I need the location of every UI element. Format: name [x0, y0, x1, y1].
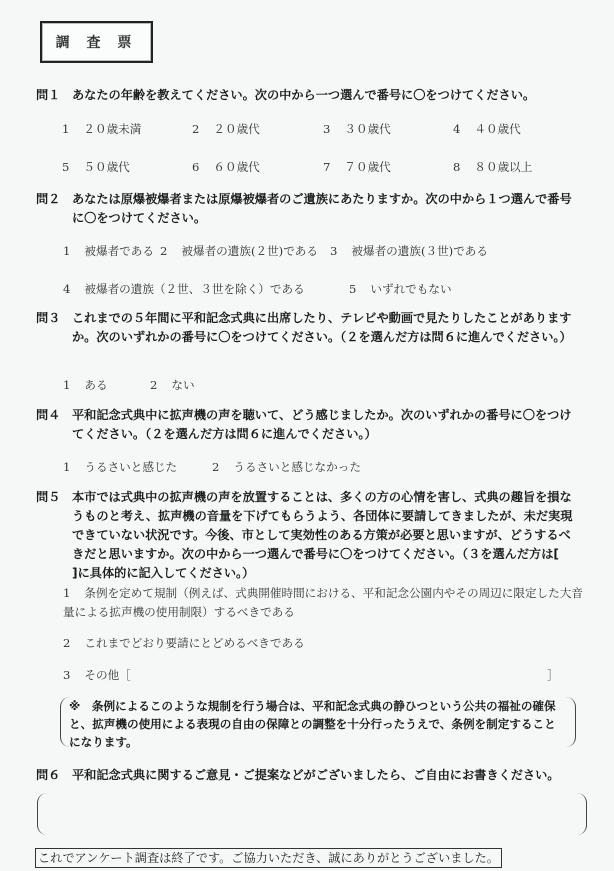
q5-other-close-bracket: ］	[547, 667, 559, 683]
question-2: 問２ あなたは原爆被爆者または原爆被爆者のご遺族にあたりますか。次の中から１つ選…	[36, 190, 576, 228]
question-number: 問４	[36, 406, 72, 444]
question-4: 問４ 平和記念式典中に拡声機の声を聴いて、どう感じましたか。次のいずれかの番号に…	[36, 406, 576, 444]
q1-option-2[interactable]: 2２０歳代	[192, 121, 260, 137]
closing-message: これでアンケート調査は終了です。ご協力いただき、誠にありがとうございました。	[35, 848, 502, 868]
question-text: 平和記念式典に関するご意見・ご提案などがございましたら、ご自由にお書きください。	[72, 766, 576, 785]
q3-option-1[interactable]: 1ある	[63, 377, 108, 393]
q4-option-2[interactable]: 2うるさいと感じなかった	[212, 459, 361, 475]
question-text: あなたは原爆被爆者または原爆被爆者のご遺族にあたりますか。次の中から１つ選んで番…	[72, 190, 576, 228]
question-1: 問１ あなたの年齢を教えてください。次の中から一つ選んで番号に〇をつけてください…	[36, 86, 576, 105]
question-number: 問６	[36, 766, 72, 785]
q2-option-5[interactable]: 5いずれでもない	[349, 281, 452, 297]
q2-option-4[interactable]: 4被爆者の遺族（２世、３世を除く）である	[63, 281, 305, 297]
question-number: 問２	[36, 190, 72, 228]
question-text: 平和記念式典中に拡声機の声を聴いて、どう感じましたか。次のいずれかの番号に〇をつ…	[72, 406, 576, 444]
note-text: ※ 条例によるこのような規制を行う場合は、平和記念式典の静ひつという公共の福祉の…	[69, 699, 556, 749]
q6-free-answer-field[interactable]	[37, 793, 587, 835]
question-number: 問１	[36, 86, 72, 105]
q1-option-8[interactable]: 8８０歳以上	[453, 159, 532, 175]
question-6: 問６ 平和記念式典に関するご意見・ご提案などがございましたら、ご自由にお書きくだ…	[36, 766, 576, 785]
q2-option-1[interactable]: 1被爆者である	[63, 243, 154, 259]
q1-option-4[interactable]: 4４０歳代	[453, 121, 521, 137]
q4-option-1[interactable]: 1うるさいと感じた	[63, 459, 177, 475]
question-text: 本市では式典中の拡声機の声を放置することは、多くの方の心情を害し、式典の趣旨を損…	[72, 488, 576, 583]
q1-option-1[interactable]: 1２０歳未満	[62, 121, 141, 137]
question-text: あなたの年齢を教えてください。次の中から一つ選んで番号に〇をつけてください。	[72, 86, 576, 105]
question-5: 問５ 本市では式典中の拡声機の声を放置することは、多くの方の心情を害し、式典の趣…	[36, 488, 576, 583]
q1-option-6[interactable]: 6６０歳代	[192, 159, 260, 175]
q2-option-2[interactable]: 2被爆者の遺族(２世)である	[160, 243, 318, 259]
q1-option-7[interactable]: 7７０歳代	[323, 159, 391, 175]
q5-note: ※ 条例によるこのような規制を行う場合は、平和記念式典の静ひつという公共の福祉の…	[60, 697, 576, 747]
q1-option-3[interactable]: 3３０歳代	[323, 121, 391, 137]
q3-option-2[interactable]: 2ない	[150, 377, 195, 393]
q1-option-5[interactable]: 5５０歳代	[62, 159, 130, 175]
q5-option-2[interactable]: 2これまでどおり要請にとどめるべきである	[63, 635, 305, 651]
document-title: 調 査 票	[40, 21, 153, 63]
q5-other-input[interactable]	[140, 667, 548, 685]
question-3: 問３ これまでの５年間に平和記念式典に出席したり、テレビや動画で見たりしたことが…	[36, 309, 576, 347]
question-text: これまでの５年間に平和記念式典に出席したり、テレビや動画で見たりしたことがありま…	[72, 309, 576, 347]
question-number: 問３	[36, 309, 72, 347]
q5-option-3[interactable]: 3その他［	[63, 667, 131, 683]
q5-option-1[interactable]: 1条例を定めて規制（例えば、式典開催時間における、平和記念公園内やその周辺に限定…	[63, 584, 583, 622]
q2-option-3[interactable]: 3被爆者の遺族(３世)である	[330, 243, 488, 259]
question-number: 問５	[36, 488, 72, 583]
